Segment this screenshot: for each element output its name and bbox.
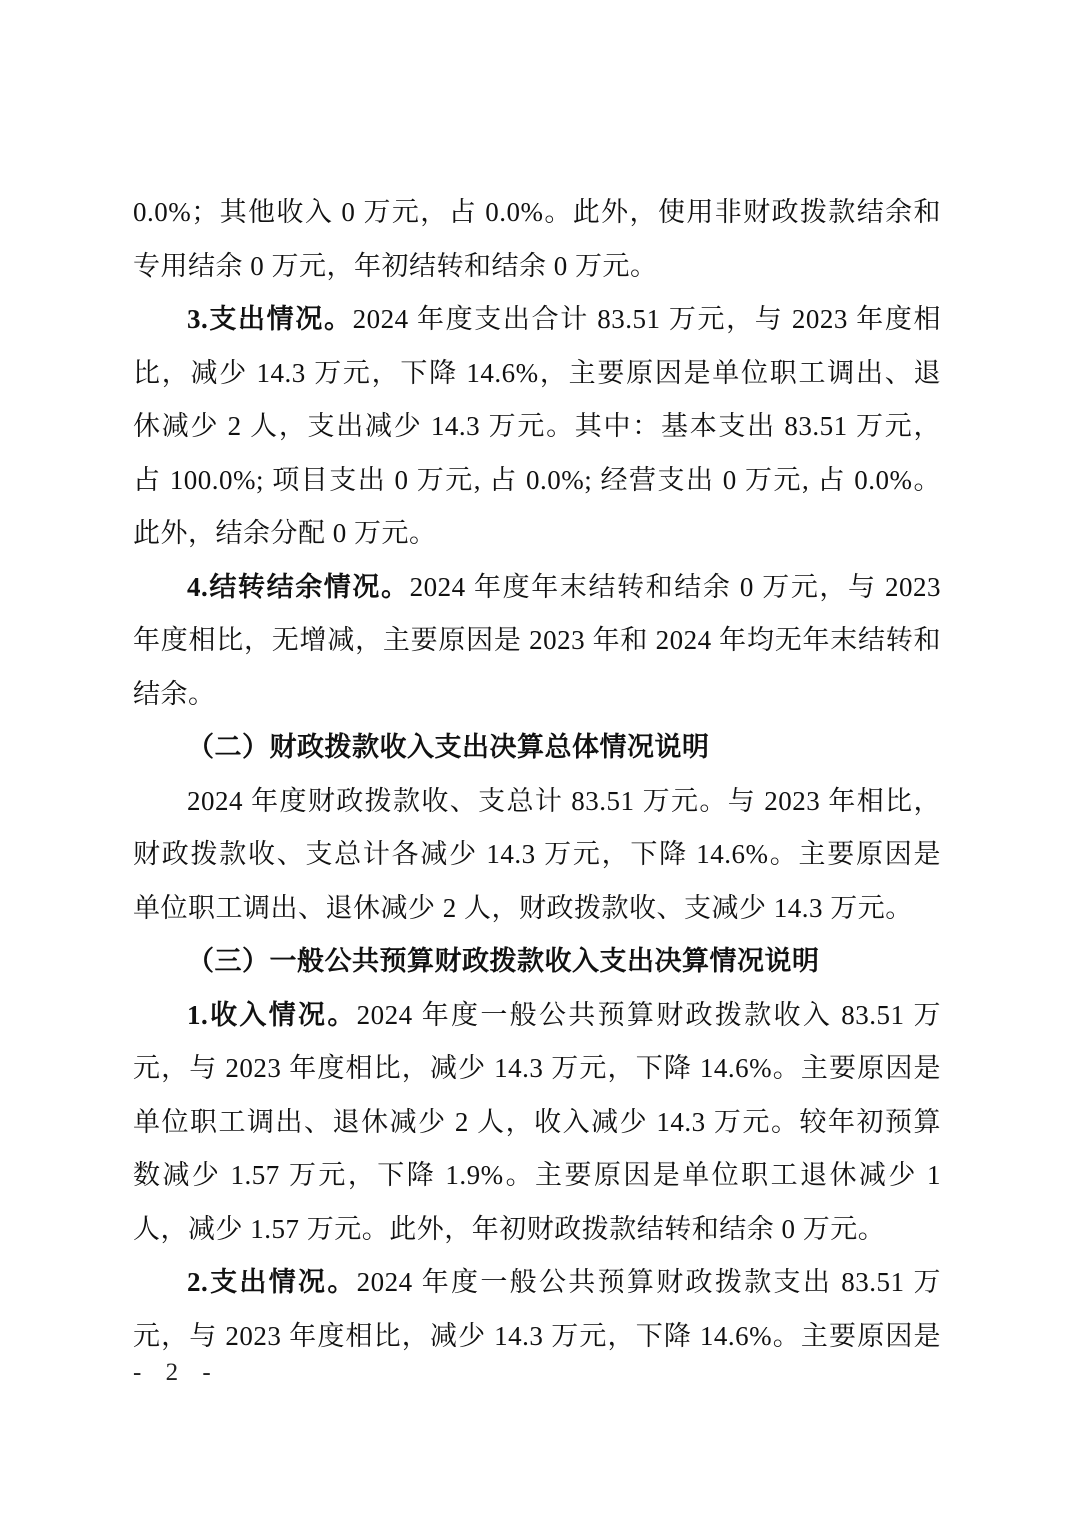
line-text: 单位职工调出、退休减少 2 人，财政拨款收、支减少 14.3 万元。 <box>133 893 913 923</box>
text-line: 1.收入情况。2024 年度一般公共预算财政拨款收入 83.51 万 <box>133 989 941 1043</box>
line-text: 年度相比，无增减，主要原因是 2023 年和 2024 年均无年末结转和 <box>133 625 941 655</box>
text-line: 人，减少 1.57 万元。此外，年初财政拨款结转和结余 0 万元。 <box>133 1203 941 1257</box>
text-line: 休减少 2 人，支出减少 14.3 万元。其中：基本支出 83.51 万元， <box>133 400 941 454</box>
line-text: 比，减少 14.3 万元，下降 14.6%，主要原因是单位职工调出、退 <box>133 358 941 388</box>
text-line: 单位职工调出、退休减少 2 人，收入减少 14.3 万元。较年初预算 <box>133 1096 941 1150</box>
line-text: 2024 年度一般公共预算财政拨款收入 83.51 万 <box>357 1000 941 1030</box>
text-line: 3.支出情况。2024 年度支出合计 83.51 万元，与 2023 年度相 <box>133 293 941 347</box>
line-text: 元，与 2023 年度相比，减少 14.3 万元，下降 14.6%。主要原因是 <box>133 1053 941 1083</box>
text-line: 2024 年度财政拨款收、支总计 83.51 万元。与 2023 年相比， <box>133 775 941 829</box>
text-line: 比，减少 14.3 万元，下降 14.6%，主要原因是单位职工调出、退 <box>133 347 941 401</box>
page-number: - 2 - <box>133 1356 220 1390</box>
document-body: 0.0%；其他收入 0 万元，占 0.0%。此外，使用非财政拨款结余和专用结余 … <box>133 186 941 1363</box>
line-text: 专用结余 0 万元，年初结转和结余 0 万元。 <box>133 251 658 281</box>
paragraph-lead: 3.支出情况。 <box>187 304 353 334</box>
document-page: 0.0%；其他收入 0 万元，占 0.0%。此外，使用非财政拨款结余和专用结余 … <box>0 0 1074 1520</box>
paragraph-lead: 2.支出情况。 <box>187 1267 357 1297</box>
line-text: 人，减少 1.57 万元。此外，年初财政拨款结转和结余 0 万元。 <box>133 1214 885 1244</box>
text-line: 占 100.0%; 项目支出 0 万元, 占 0.0%; 经营支出 0 万元, … <box>133 454 941 508</box>
line-text: 此外，结余分配 0 万元。 <box>133 518 437 548</box>
line-text: （二）财政拨款收入支出决算总体情况说明 <box>187 732 710 762</box>
text-line: 4.结转结余情况。2024 年度年末结转和结余 0 万元，与 2023 <box>133 561 941 615</box>
line-text: 单位职工调出、退休减少 2 人，收入减少 14.3 万元。较年初预算 <box>133 1107 941 1137</box>
paragraph-lead: 4.结转结余情况。 <box>187 572 410 602</box>
section-heading: （二）财政拨款收入支出决算总体情况说明 <box>133 721 941 775</box>
text-line: 结余。 <box>133 668 941 722</box>
text-line: 2.支出情况。2024 年度一般公共预算财政拨款支出 83.51 万 <box>133 1256 941 1310</box>
text-line: 专用结余 0 万元，年初结转和结余 0 万元。 <box>133 240 941 294</box>
line-text: （三）一般公共预算财政拨款收入支出决算情况说明 <box>187 946 820 976</box>
text-line: 财政拨款收、支总计各减少 14.3 万元，下降 14.6%。主要原因是 <box>133 828 941 882</box>
text-line: 元，与 2023 年度相比，减少 14.3 万元，下降 14.6%。主要原因是 <box>133 1042 941 1096</box>
line-text: 数减少 1.57 万元，下降 1.9%。主要原因是单位职工退休减少 1 <box>133 1160 941 1190</box>
line-text: 2024 年度财政拨款收、支总计 83.51 万元。与 2023 年相比， <box>187 786 941 816</box>
line-text: 0.0%；其他收入 0 万元，占 0.0%。此外，使用非财政拨款结余和 <box>133 197 941 227</box>
section-heading: （三）一般公共预算财政拨款收入支出决算情况说明 <box>133 935 941 989</box>
paragraph-lead: 1.收入情况。 <box>187 1000 357 1030</box>
line-text: 结余。 <box>133 679 216 709</box>
line-text: 2024 年度支出合计 83.51 万元，与 2023 年度相 <box>353 304 941 334</box>
text-line: 年度相比，无增减，主要原因是 2023 年和 2024 年均无年末结转和 <box>133 614 941 668</box>
text-line: 数减少 1.57 万元，下降 1.9%。主要原因是单位职工退休减少 1 <box>133 1149 941 1203</box>
line-text: 2024 年度年末结转和结余 0 万元，与 2023 <box>410 572 941 602</box>
text-line: 单位职工调出、退休减少 2 人，财政拨款收、支减少 14.3 万元。 <box>133 882 941 936</box>
line-text: 元，与 2023 年度相比，减少 14.3 万元，下降 14.6%。主要原因是 <box>133 1321 941 1351</box>
line-text: 财政拨款收、支总计各减少 14.3 万元，下降 14.6%。主要原因是 <box>133 839 941 869</box>
line-text: 休减少 2 人，支出减少 14.3 万元。其中：基本支出 83.51 万元， <box>133 411 941 441</box>
line-text: 2024 年度一般公共预算财政拨款支出 83.51 万 <box>357 1267 941 1297</box>
text-line: 元，与 2023 年度相比，减少 14.3 万元，下降 14.6%。主要原因是 <box>133 1310 941 1364</box>
line-text: 占 100.0%; 项目支出 0 万元, 占 0.0%; 经营支出 0 万元, … <box>133 465 941 495</box>
text-line: 此外，结余分配 0 万元。 <box>133 507 941 561</box>
text-line: 0.0%；其他收入 0 万元，占 0.0%。此外，使用非财政拨款结余和 <box>133 186 941 240</box>
